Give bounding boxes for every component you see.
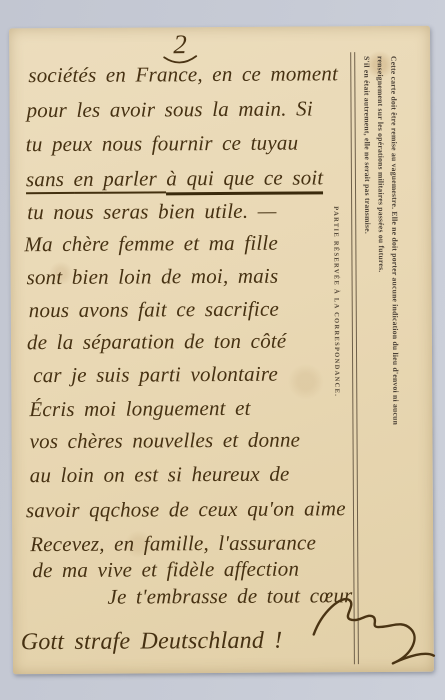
- handwritten-line: au loin on est si heureux de: [30, 464, 290, 487]
- handwritten-line: tu peux nous fournir ce tuyau: [26, 133, 299, 156]
- handwritten-text: sont bien loin de moi, mais: [26, 264, 278, 290]
- correspondence-section-label: Partie réservée à la Correspondance.: [332, 206, 341, 486]
- handwritten-line: de la séparation de ton côté: [27, 331, 287, 354]
- handwritten-line: pour les avoir sous la main. Si: [26, 98, 312, 121]
- handwritten-text: nous avons fait ce sacrifice: [29, 297, 279, 323]
- page-number-digit: 2: [173, 29, 187, 59]
- handwritten-line: Écris moi longuement et: [29, 398, 250, 420]
- handwritten-text: en: [73, 167, 103, 194]
- handwritten-line: savoir qqchose de ceux qu'on aime: [26, 498, 346, 521]
- handwritten-text: sans: [26, 167, 74, 194]
- handwritten-text: savoir qqchose de ceux qu'on aime: [26, 496, 346, 522]
- handwritten-text: tu nous seras bien utile. —: [27, 199, 277, 225]
- handwritten-text: au loin on est si heureux de: [30, 462, 290, 488]
- handwritten-text: tu peux nous fournir ce tuyau: [26, 131, 299, 157]
- handwritten-text: Gott strafe Deutschland !: [21, 628, 283, 656]
- handwritten-line: sans en parler à qui que ce soit: [26, 167, 324, 190]
- german-slogan-line: Gott strafe Deutschland !: [21, 629, 283, 655]
- handwritten-text: car je suis parti volontaire: [33, 362, 278, 387]
- handwritten-line: tu nous seras bien utile. —: [27, 201, 277, 224]
- handwritten-text: de ma vive et fidèle affection: [32, 557, 299, 583]
- handwritten-text: parler: [103, 166, 166, 193]
- handwritten-text: vos chères nouvelles et donne: [29, 428, 300, 454]
- handwritten-text: Écris moi longuement et: [29, 396, 250, 421]
- signature-flourish: [307, 582, 438, 678]
- handwritten-text: à qui que ce soit: [166, 165, 323, 195]
- handwritten-line: Recevez, en famille, l'assurance: [30, 532, 316, 555]
- handwritten-line: car je suis parti volontaire: [33, 364, 278, 386]
- handwritten-line: de ma vive et fidèle affection: [32, 559, 299, 582]
- page-number: 2: [157, 31, 203, 66]
- censor-notice: Cette carte doit être remise au vaguemes…: [356, 56, 404, 662]
- handwritten-line: sociétés en France, en ce moment: [28, 63, 338, 86]
- handwritten-text: de la séparation de ton côté: [27, 329, 287, 355]
- handwritten-line: Ma chère femme et ma fille: [24, 233, 278, 256]
- handwriting-lines: sociétés en France, en ce momentpour les…: [9, 26, 430, 29]
- handwritten-text: pour les avoir sous la main. Si: [26, 96, 312, 122]
- handwritten-text: Ma chère femme et ma fille: [24, 231, 278, 257]
- handwritten-line: nous avons fait ce sacrifice: [29, 299, 279, 322]
- handwritten-line: sont bien loin de moi, mais: [26, 266, 278, 289]
- handwritten-text: sociétés en France, en ce moment: [28, 61, 338, 87]
- handwritten-line: vos chères nouvelles et donne: [29, 430, 300, 453]
- handwritten-text: Recevez, en famille, l'assurance: [30, 530, 316, 556]
- signature-icon: [307, 582, 438, 673]
- postcard-scan: 2 Partie réservée à la Correspondance. C…: [9, 26, 434, 675]
